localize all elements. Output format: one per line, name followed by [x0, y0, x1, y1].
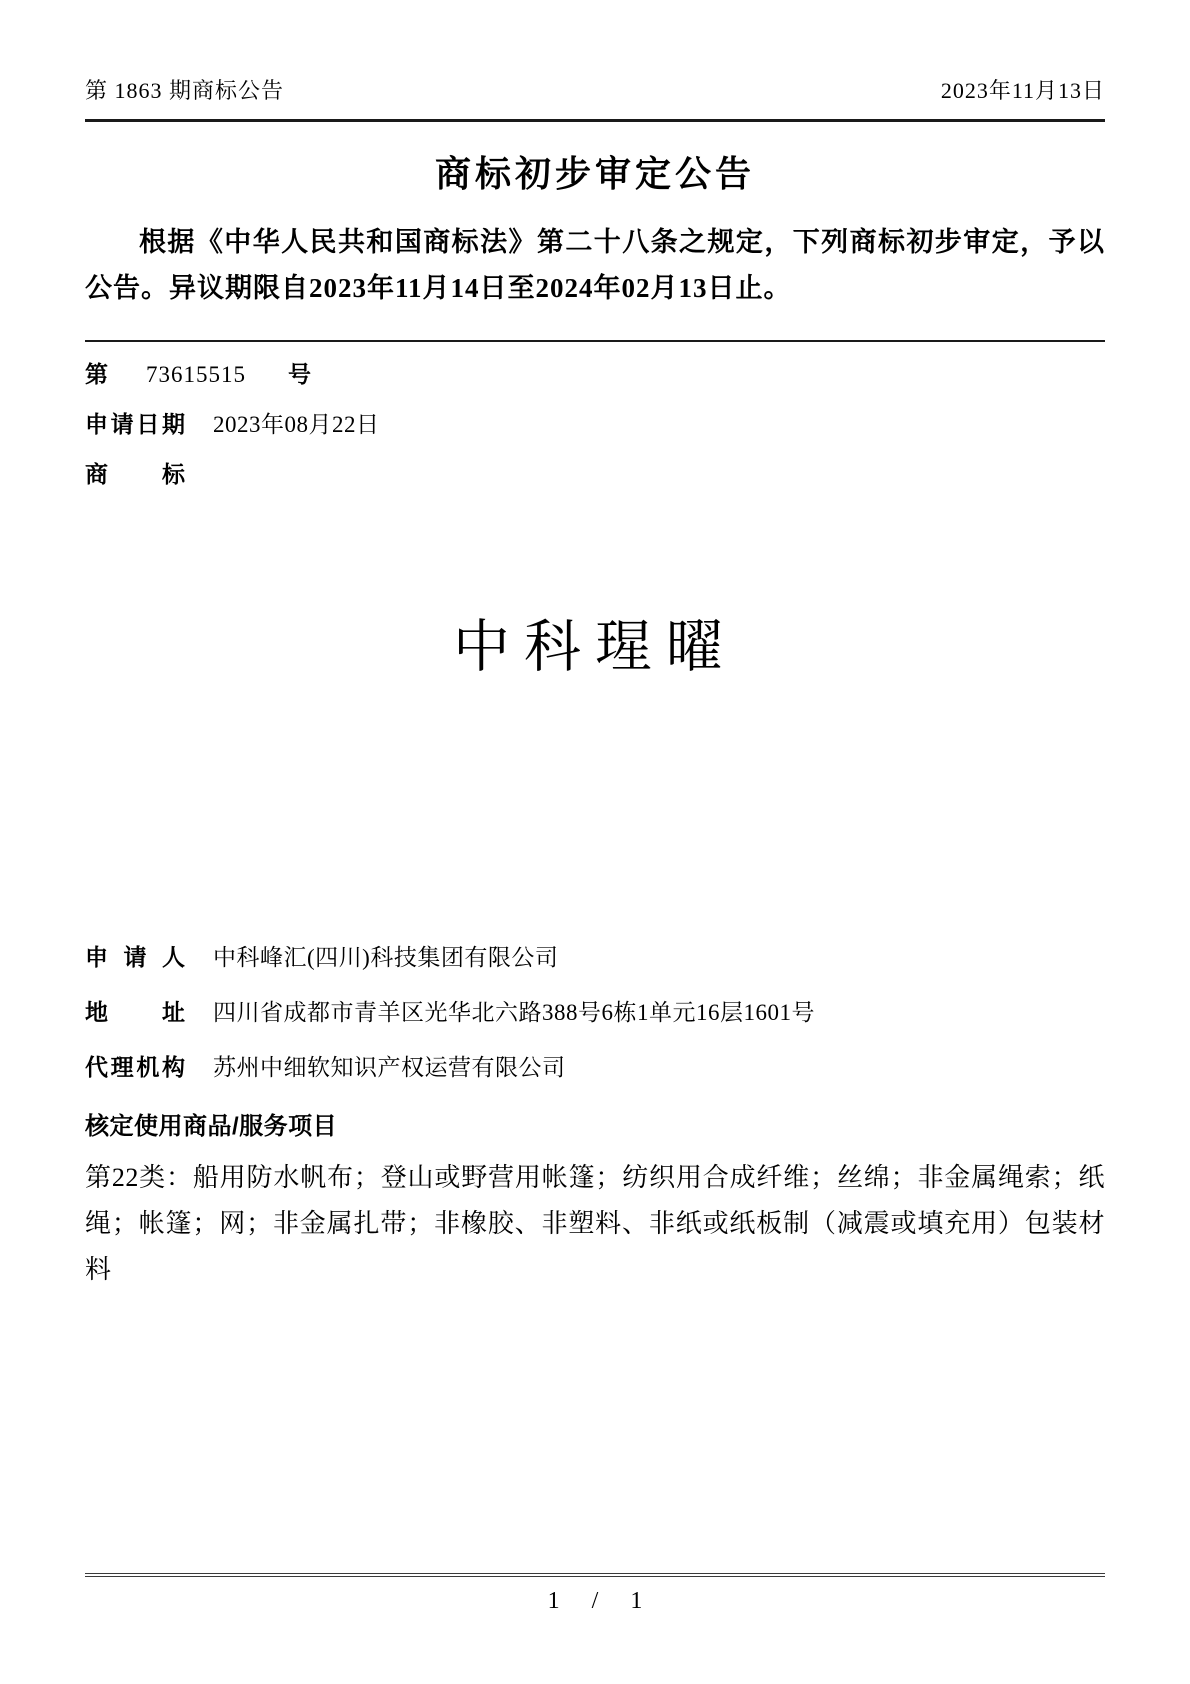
intro-paragraph: 根据《中华人民共和国商标法》第二十八条之规定，下列商标初步审定，予以公告。异议期…: [85, 219, 1105, 312]
address-label: 地址: [85, 994, 185, 1027]
registration-prefix-label: 第: [85, 356, 108, 389]
current-page: 1: [548, 1588, 560, 1615]
applicant-label: 申请人: [85, 939, 185, 972]
trademark-label: 商标: [85, 456, 185, 489]
application-date-label: 申请日期: [85, 406, 185, 439]
agency-value: 苏州中细软知识产权运营有限公司: [213, 1049, 566, 1082]
footer-divider: [85, 1573, 1105, 1577]
page-number: 1 / 1: [0, 1588, 1190, 1615]
record-divider: [85, 340, 1105, 342]
total-pages: 1: [630, 1588, 642, 1615]
trademark-image-area: 中科瑆曜: [85, 489, 1105, 917]
gazette-page: 第 1863 期商标公告 2023年11月13日 商标初步审定公告 根据《中华人…: [0, 0, 1190, 1684]
trademark-label-row: 商标: [85, 456, 1105, 489]
page-title: 商标初步审定公告: [85, 146, 1105, 197]
application-date-value: 2023年08月22日: [213, 406, 380, 439]
goods-services-description: 第22类：船用防水帆布；登山或野营用帐篷；纺织用合成纤维；丝绵；非金属绳索；纸绳…: [85, 1155, 1105, 1294]
address-value: 四川省成都市青羊区光华北六路388号6栋1单元16层1601号: [213, 994, 815, 1027]
goods-services-heading: 核定使用商品/服务项目: [85, 1106, 1105, 1141]
application-date-row: 申请日期 2023年08月22日: [85, 406, 1105, 439]
gazette-issue-label: 第 1863 期商标公告: [85, 74, 284, 105]
header-divider: [85, 119, 1105, 122]
applicant-value: 中科峰汇(四川)科技集团有限公司: [213, 939, 558, 972]
page-header: 第 1863 期商标公告 2023年11月13日: [85, 0, 1105, 105]
registration-number-row: 第 73615515 号: [85, 356, 1105, 389]
gazette-date: 2023年11月13日: [941, 74, 1105, 105]
agency-row: 代理机构 苏州中细软知识产权运营有限公司: [85, 1049, 1105, 1082]
trademark-image-text: 中科瑆曜: [453, 601, 737, 683]
page-separator: /: [592, 1588, 599, 1615]
registration-number: 73615515: [146, 362, 246, 388]
applicant-row: 申请人 中科峰汇(四川)科技集团有限公司: [85, 939, 1105, 972]
registration-suffix-label: 号: [288, 356, 311, 389]
agency-label: 代理机构: [85, 1049, 185, 1082]
address-row: 地址 四川省成都市青羊区光华北六路388号6栋1单元16层1601号: [85, 994, 1105, 1027]
applicant-info-block: 申请人 中科峰汇(四川)科技集团有限公司 地址 四川省成都市青羊区光华北六路38…: [85, 939, 1105, 1082]
